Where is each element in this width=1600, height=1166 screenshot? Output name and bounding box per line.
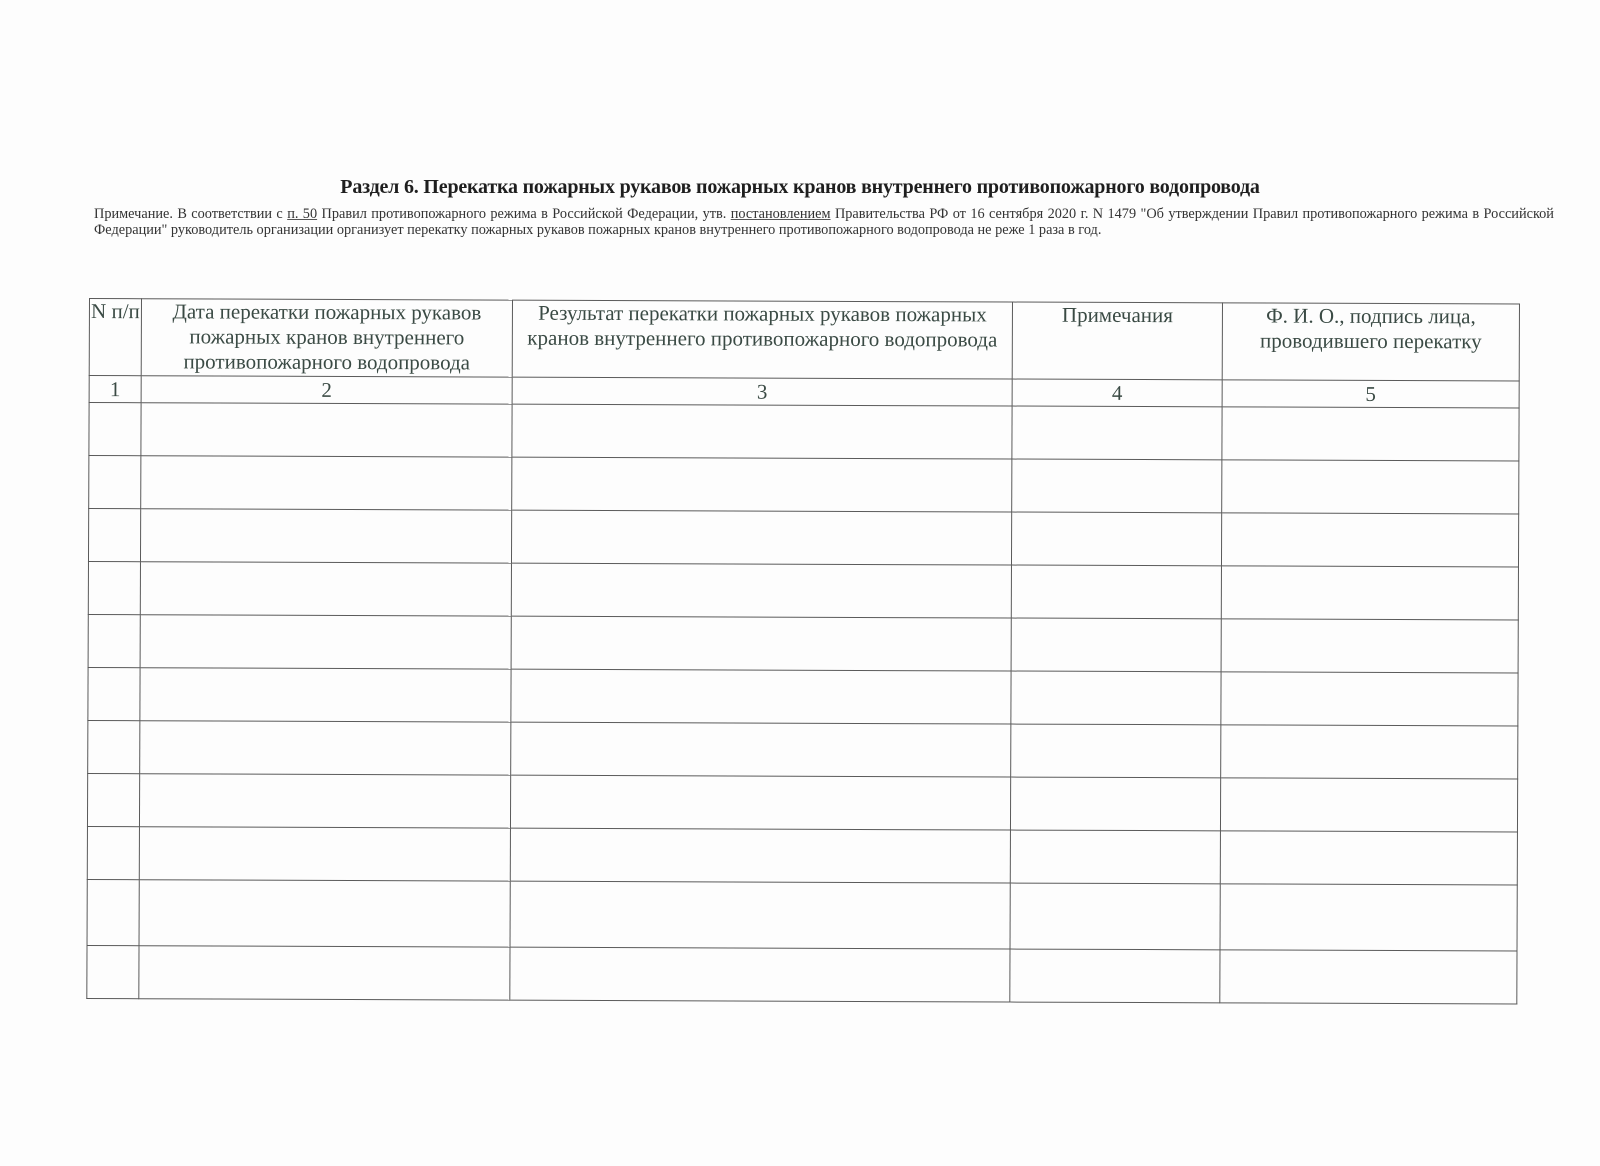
cell-date[interactable] bbox=[140, 509, 511, 563]
cell-signature[interactable] bbox=[1221, 513, 1518, 567]
note-link-decree[interactable]: постановлением bbox=[731, 206, 831, 222]
note-paragraph: Примечание. В соответствии с п. 50 Прави… bbox=[94, 206, 1554, 238]
cell-date[interactable] bbox=[140, 721, 511, 775]
cell-remarks[interactable] bbox=[1011, 671, 1221, 725]
cell-date[interactable] bbox=[140, 668, 511, 722]
cell-remarks[interactable] bbox=[1011, 724, 1221, 778]
column-number: 2 bbox=[141, 376, 512, 404]
cell-remarks[interactable] bbox=[1010, 949, 1220, 1003]
table-row bbox=[88, 667, 1518, 725]
column-number: 4 bbox=[1012, 379, 1222, 407]
cell-remarks[interactable] bbox=[1010, 883, 1220, 950]
cell-signature[interactable] bbox=[1221, 725, 1518, 779]
cell-number[interactable] bbox=[88, 667, 140, 720]
cell-signature[interactable] bbox=[1222, 460, 1519, 514]
cell-signature[interactable] bbox=[1222, 407, 1519, 461]
cell-number[interactable] bbox=[88, 509, 140, 562]
table-row bbox=[87, 879, 1517, 950]
table-row bbox=[87, 773, 1517, 831]
cell-number[interactable] bbox=[89, 456, 141, 509]
cell-signature[interactable] bbox=[1220, 831, 1517, 885]
section-title: Раздел 6. Перекатка пожарных рукавов пож… bbox=[0, 176, 1600, 199]
journal-table: N п/п Дата перекатки пожарных рукавов по… bbox=[86, 298, 1520, 1004]
table-row bbox=[87, 826, 1517, 884]
table-row bbox=[88, 562, 1518, 620]
cell-signature[interactable] bbox=[1221, 619, 1518, 673]
cell-number[interactable] bbox=[87, 945, 139, 998]
cell-number[interactable] bbox=[88, 562, 140, 615]
cell-number[interactable] bbox=[87, 773, 139, 826]
cell-remarks[interactable] bbox=[1012, 406, 1222, 460]
cell-signature[interactable] bbox=[1221, 566, 1518, 620]
cell-date[interactable] bbox=[141, 403, 512, 457]
note-prefix: Примечание. В соответствии с bbox=[94, 206, 287, 222]
cell-remarks[interactable] bbox=[1010, 830, 1220, 884]
cell-result[interactable] bbox=[510, 881, 1010, 949]
cell-remarks[interactable] bbox=[1011, 565, 1221, 619]
header-remarks: Примечания bbox=[1012, 302, 1222, 380]
cell-result[interactable] bbox=[511, 722, 1011, 777]
cell-remarks[interactable] bbox=[1011, 512, 1221, 566]
cell-number[interactable] bbox=[88, 720, 140, 773]
cell-date[interactable] bbox=[141, 456, 512, 510]
cell-result[interactable] bbox=[511, 669, 1011, 724]
cell-signature[interactable] bbox=[1220, 778, 1517, 832]
cell-remarks[interactable] bbox=[1010, 777, 1220, 831]
cell-result[interactable] bbox=[512, 404, 1012, 459]
column-number: 5 bbox=[1222, 380, 1519, 408]
cell-date[interactable] bbox=[139, 880, 510, 947]
cell-result[interactable] bbox=[510, 775, 1010, 830]
header-result: Результат перекатки пожарных рукавов пож… bbox=[512, 300, 1012, 379]
header-date: Дата перекатки пожарных рукавов пожарных… bbox=[141, 299, 512, 377]
cell-number[interactable] bbox=[89, 403, 141, 456]
cell-date[interactable] bbox=[140, 562, 511, 616]
cell-number[interactable] bbox=[87, 826, 139, 879]
note-middle: Правил противопожарного режима в Российс… bbox=[317, 206, 731, 222]
cell-remarks[interactable] bbox=[1011, 618, 1221, 672]
column-number: 3 bbox=[512, 377, 1012, 406]
cell-result[interactable] bbox=[511, 616, 1011, 671]
cell-date[interactable] bbox=[139, 946, 510, 1000]
table-row bbox=[87, 945, 1517, 1003]
cell-result[interactable] bbox=[511, 563, 1011, 618]
header-signature: Ф. И. О., подпись лица, проводившего пер… bbox=[1222, 303, 1519, 381]
note-link-clause[interactable]: п. 50 bbox=[287, 206, 317, 222]
table-row bbox=[89, 403, 1519, 461]
cell-number[interactable] bbox=[87, 879, 139, 945]
table-row bbox=[88, 720, 1518, 778]
table-header-row: N п/п Дата перекатки пожарных рукавов по… bbox=[89, 299, 1519, 381]
cell-number[interactable] bbox=[88, 614, 140, 667]
cell-result[interactable] bbox=[510, 947, 1010, 1002]
table-row bbox=[89, 456, 1519, 514]
cell-remarks[interactable] bbox=[1012, 459, 1222, 513]
cell-signature[interactable] bbox=[1220, 950, 1517, 1004]
cell-result[interactable] bbox=[510, 828, 1010, 883]
cell-result[interactable] bbox=[512, 457, 1012, 512]
table-row bbox=[88, 614, 1518, 672]
cell-signature[interactable] bbox=[1220, 884, 1517, 951]
cell-signature[interactable] bbox=[1221, 672, 1518, 726]
cell-result[interactable] bbox=[511, 510, 1011, 565]
table-row bbox=[88, 509, 1518, 567]
header-number: N п/п bbox=[89, 299, 141, 376]
cell-date[interactable] bbox=[140, 615, 511, 669]
cell-date[interactable] bbox=[139, 774, 510, 828]
column-number: 1 bbox=[89, 376, 141, 403]
cell-date[interactable] bbox=[139, 827, 510, 881]
